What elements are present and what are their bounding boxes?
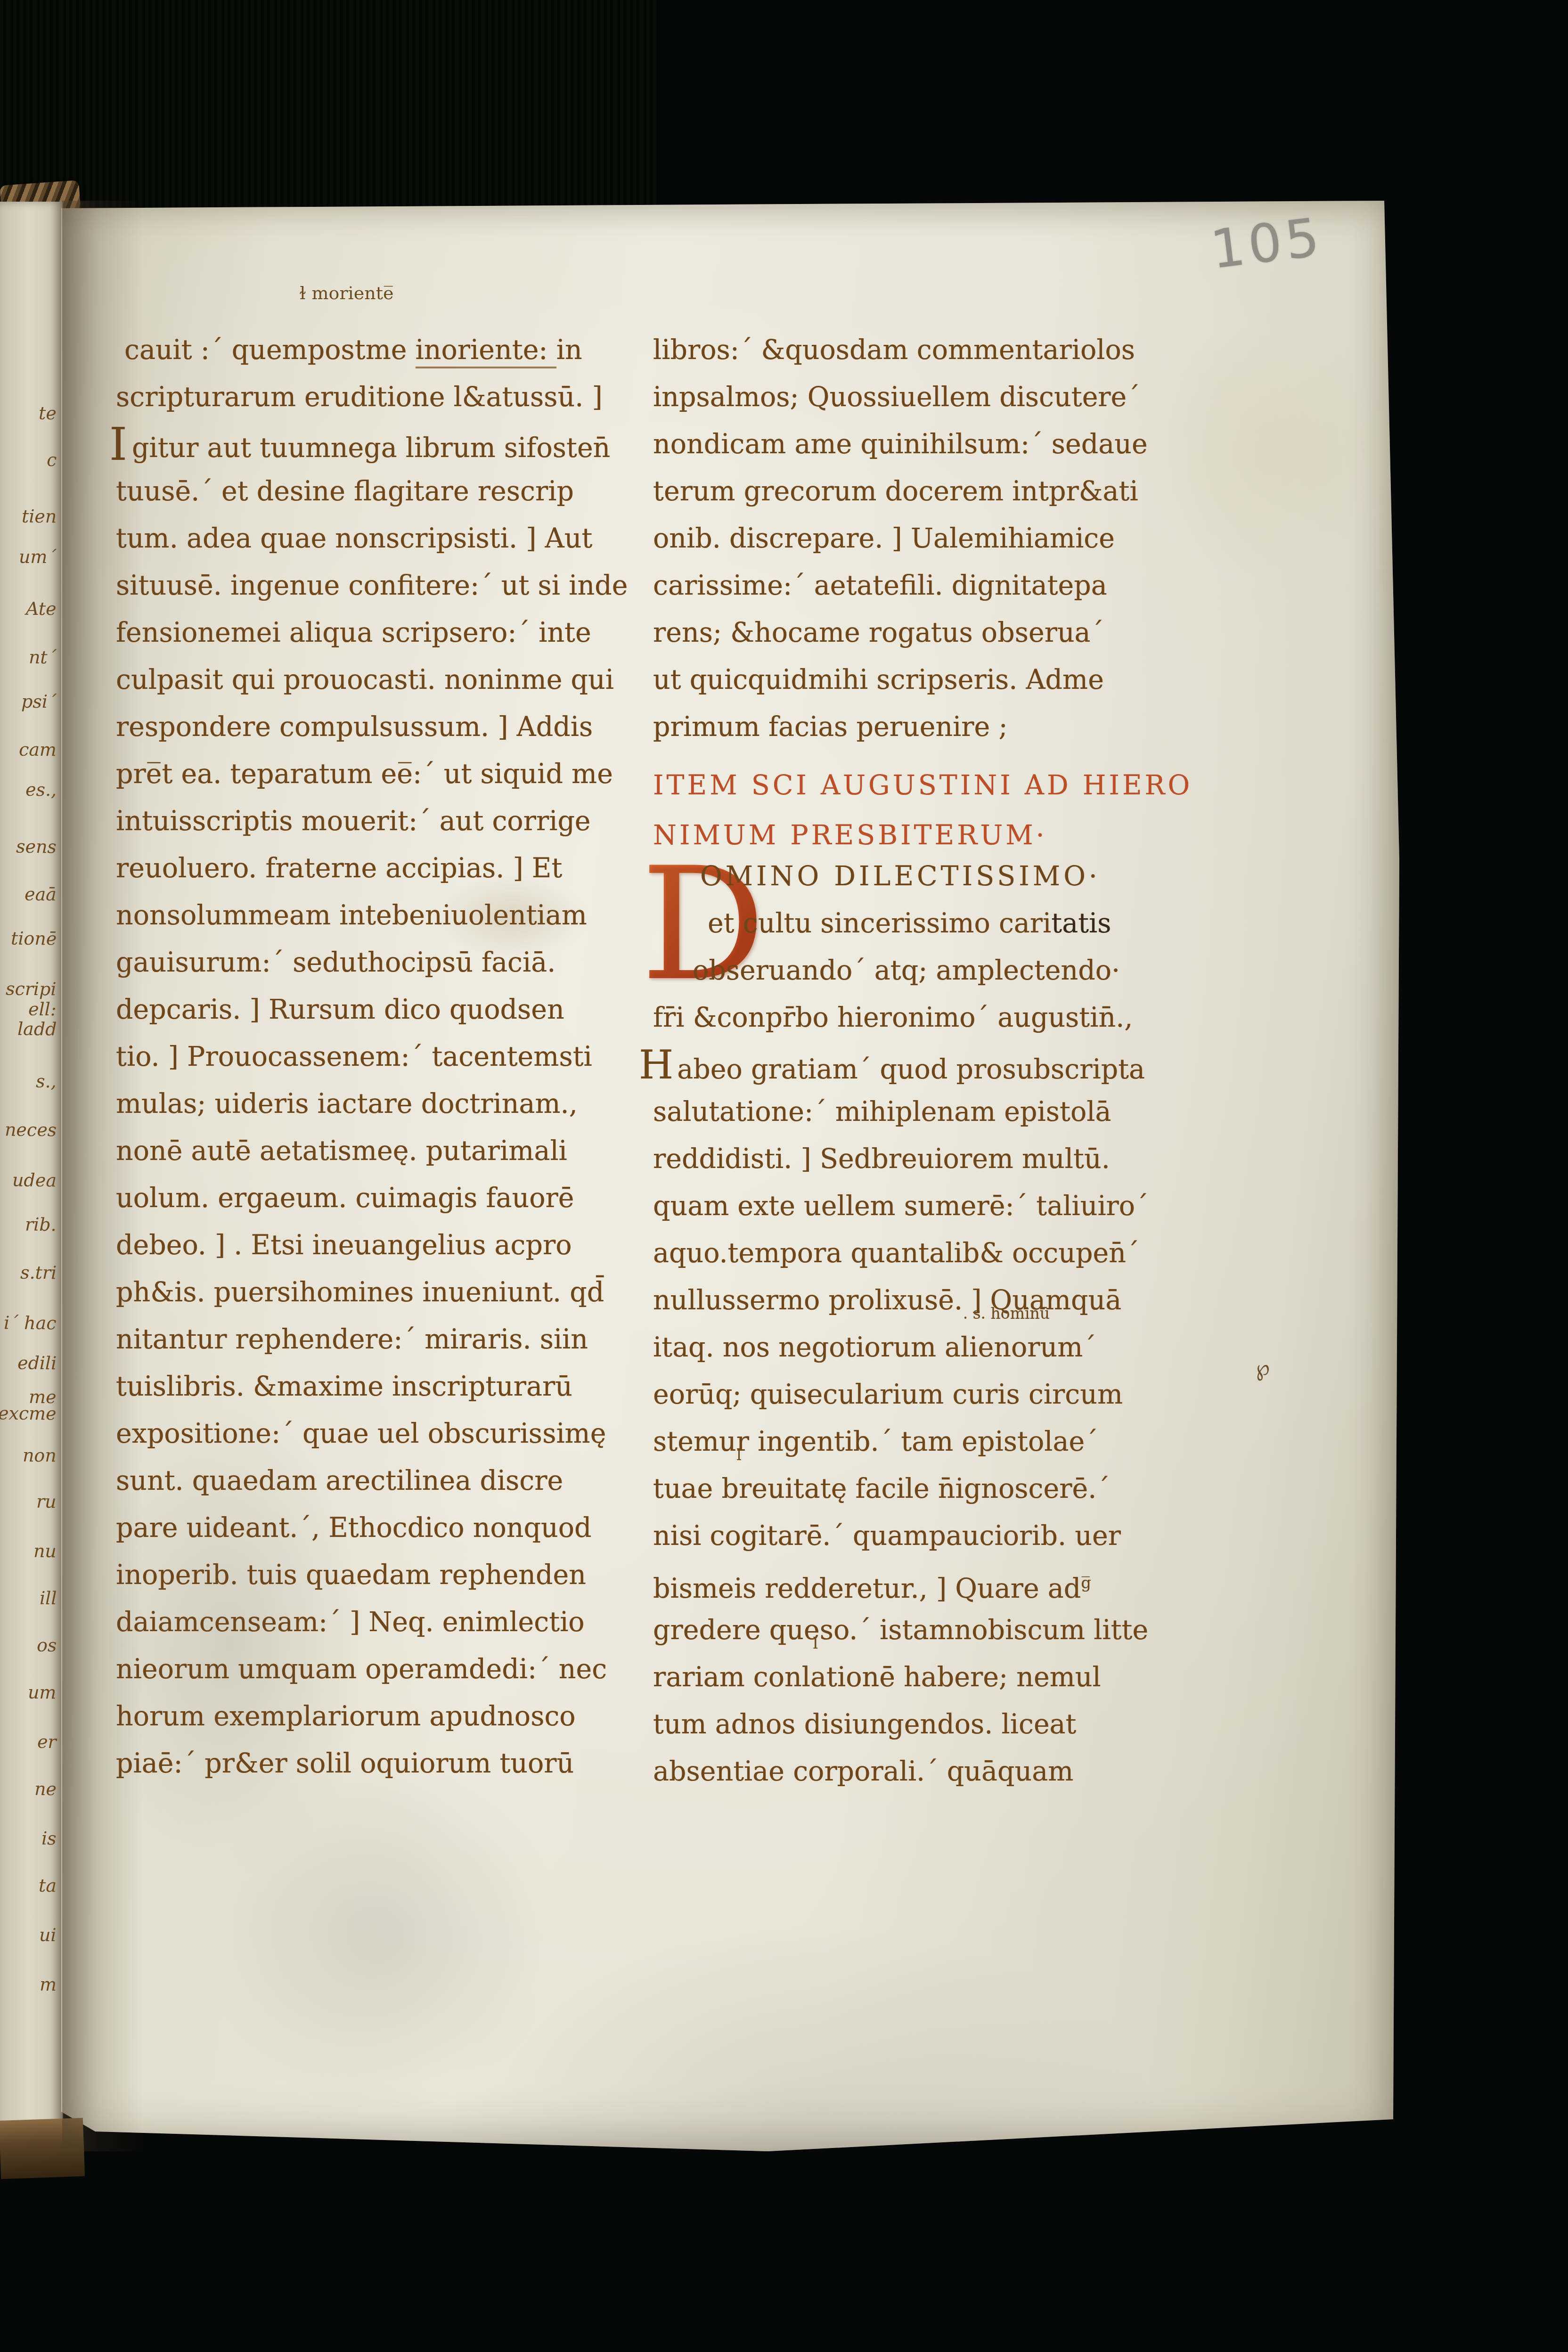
text-segment: pre̅t ea. teparatum ee̅:´ ut siquid me (116, 759, 613, 790)
fore-edge-fragment: excme (0, 1403, 57, 1424)
parchment-page: 105 ɫ moriente̅ cauit :´ quempostme inor… (61, 201, 1399, 2154)
text-line: reddidisti. ] Sedbreuiorem multū. (653, 1135, 1261, 1183)
fore-edge-fragment: sens (16, 836, 57, 857)
text-line: daiamcenseam:´ ] Neq. enimlectio (116, 1599, 648, 1646)
fore-edge-fragment: um´ (19, 547, 57, 568)
text-line: nitantur rephendere:´ miraris. siin (116, 1316, 648, 1363)
text-line: bismeis redderetur., ] Quare adg̅ (653, 1560, 1261, 1607)
text-line: rens; &hocame rogatus obserua´ (653, 609, 1261, 656)
text-segment: eorūq; quisecularium curis circum (653, 1379, 1123, 1410)
text-segment: depcaris. ] Rursum dico quodsen (116, 994, 564, 1025)
fore-edge-fragment: ladd (17, 1019, 57, 1040)
text-line: OMINO DILECTISSIMO· (653, 853, 1261, 900)
stain (448, 1925, 1154, 2283)
text-segment: rariam con (653, 1662, 802, 1693)
text-segment: absentiae corporali.´ quāquam (653, 1756, 1073, 1787)
fore-edge-fragment: ne (34, 1779, 57, 1799)
text-segment: culpasit qui prouocasti. noninme qui (116, 664, 614, 695)
text-segment: abeo gratiam´ quod prosubscripta (677, 1054, 1145, 1085)
text-segment: rens; &hocame rogatus obserua´ (653, 617, 1104, 648)
text-segment: carissime:´ aetatefili. dignitatepa (653, 570, 1107, 601)
text-line: ut quicquidmihi scripseris. Adme (653, 656, 1261, 703)
interlinear-gloss: ɫ moriente̅ (299, 283, 393, 303)
text-line: cauit :´ quempostme inoriente: in (116, 327, 648, 374)
text-column-left: cauit :´ quempostme inoriente: inscriptu… (116, 327, 648, 1787)
text-line: absentiae corporali.´ quāquam (653, 1748, 1261, 1795)
text-line: libros:´ &quosdam commentariolos (653, 327, 1261, 374)
text-line: debeo. ] . Etsi ineuangelius acpro (116, 1222, 648, 1269)
fore-edge-fragment: nt´ (29, 647, 57, 668)
text-segment: horum exemplariorum apudnosco (116, 1701, 576, 1732)
text-segment: H (639, 1041, 673, 1088)
text-line: primum facias peruenire ; (653, 703, 1261, 751)
text-line: tum. adea quae nonscripsisti. ] Aut (116, 515, 648, 562)
text-line: carissime:´ aetatefili. dignitatepa (653, 562, 1261, 609)
text-segment: scripturarum eruditione l&atussū. ] (116, 382, 603, 413)
text-line: obseruando´ atq; amplectendo· (653, 947, 1261, 994)
fore-edge-fragment: i´ hac (4, 1313, 57, 1334)
text-line: nondicam ame quinihilsum:´ sedaue (653, 421, 1261, 468)
text-line: respondere compulsussum. ] Addis (116, 703, 648, 751)
text-segment: expositione:´ quae uel obscurissimę (116, 1418, 606, 1449)
fore-edge-fragment: ui (39, 1925, 57, 1945)
text-segment: respondere compulsussum. ] Addis (116, 711, 593, 743)
text-line: sunt. quaedam arectilinea discre (116, 1457, 648, 1504)
text-line: uolum. ergaeum. cuimagis fauorē (116, 1175, 648, 1222)
fore-edge-fragment: s., (36, 1071, 57, 1092)
text-segment: terum grecorum docerem intpr&ati (653, 476, 1138, 507)
text-line: Habeo gratiam´ quod prosubscripta (653, 1041, 1261, 1088)
fore-edge-fragment: te (39, 403, 57, 424)
fore-edge-fragment: er (37, 1731, 57, 1752)
stain (203, 1756, 561, 2114)
text-segment: ut quicquidmihi scripseris. Adme (653, 664, 1104, 695)
text-segment: nitantur rephendere:´ miraris. siin (116, 1324, 588, 1355)
text-segment: inpsalmos; Quossiuellem discutere´ (653, 382, 1140, 413)
text-segment: reddidisti. ] Sedbreuiorem multū. (653, 1143, 1110, 1175)
text-segment: g̅ (1081, 1574, 1091, 1592)
text-segment: mulas; uideris iactare doctrinam., (116, 1088, 578, 1119)
fore-edge-fragment: tien (21, 506, 57, 527)
text-line: terum grecorum docerem intpr&ati (653, 468, 1261, 515)
fore-edge-strip: tectienum´Atent´psi´cames.,senseaātionēs… (0, 202, 63, 2139)
text-line: piaē:´ pr&er solil oquiorum tuorū (116, 1740, 648, 1787)
interlinear-note: l (813, 1635, 818, 1651)
text-line: culpasit qui prouocasti. noninme qui (116, 656, 648, 703)
text-segment: gauisurum:´ seduthocipsū faciā. (116, 947, 555, 978)
text-segment: daiamcenseam:´ ] Neq. enimlectio (116, 1607, 585, 1638)
text-line: tuislibris. &maxime inscripturarū (116, 1363, 648, 1410)
text-segment: quam exte uellem sumerē:´ taliuiro´ (653, 1191, 1149, 1222)
text-segment: tum adnos disiungendos. liceat (653, 1709, 1077, 1740)
text-segment: situusē. ingenue confitere:´ ut si inde (116, 570, 628, 601)
text-segment: ph&is. puersihomines inueniunt. qd̄ (116, 1277, 604, 1308)
text-segment: inoriente: (416, 335, 556, 368)
text-line: nisi cogitarē.´ quampauciorib. uer (653, 1512, 1261, 1560)
text-line: stemur ingentib.´ tam epistolae´ (653, 1418, 1261, 1465)
text-line: pre̅t ea. teparatum ee̅:´ ut siquid me (116, 751, 648, 798)
text-segment: fensionemei aliqua scripsero:´ inte (116, 617, 591, 648)
text-line: nullussermo prolixusē. ] Quamquā (653, 1277, 1261, 1324)
gutter-shadow (62, 201, 142, 2151)
text-segment: breuitatęl (721, 1473, 847, 1504)
text-segment: tum. adea quae nonscripsisti. ] Aut (116, 523, 592, 554)
fore-edge-fragment: cam (19, 739, 57, 760)
text-segment: nullussermo prolixusē. ] Quamquā (653, 1285, 1121, 1316)
fore-edge-fragment: psi´ (21, 691, 57, 712)
text-line: rariam conlationēl habere; nemul (653, 1654, 1261, 1701)
text-segment: tatis (1051, 908, 1111, 939)
text-line: tio. ] Prouocassenem:´ tacentemsti (116, 1033, 648, 1080)
text-segment: aquo.tempora quantalib& occupen̄´ (653, 1238, 1139, 1269)
text-segment: alienorum´. s. hominū (945, 1332, 1096, 1363)
fore-edge-fragment: os (36, 1635, 57, 1656)
text-segment: tuusē.´ et desine flagitare rescrip (116, 476, 574, 507)
text-segment: reuoluero. fraterne accipias. ] Et (116, 853, 562, 884)
fore-edge-fragment: ill (39, 1588, 57, 1609)
fore-edge-fragment: nu (33, 1541, 57, 1561)
fore-edge-fragment: udea (12, 1170, 57, 1191)
text-segment: nieorum umquam operamdedi:´ nec (116, 1654, 607, 1685)
text-line: intuisscriptis mouerit:´ aut corrige (116, 798, 648, 845)
fore-edge-fragment: scripi (6, 979, 57, 1000)
fore-edge-fragment: is (41, 1828, 57, 1849)
text-segment: fr̄i &conpr̄bo hieronimo´ augustin̄., (653, 1002, 1133, 1033)
text-segment: habere; nemul (895, 1662, 1101, 1693)
text-line: nonsolummeam intebeniuolentiam (116, 892, 648, 939)
text-line: ph&is. puersihomines inueniunt. qd̄ (116, 1269, 648, 1316)
text-segment: nondicam ame quinihilsum:´ sedaue (653, 429, 1148, 460)
interlinear-note: l (736, 1447, 742, 1462)
fore-edge-fragment: c (47, 449, 57, 470)
text-line: tuusē.´ et desine flagitare rescrip (116, 468, 648, 515)
text-line: aquo.tempora quantalib& occupen̄´ (653, 1230, 1261, 1277)
text-line: situusē. ingenue confitere:´ ut si inde (116, 562, 648, 609)
text-segment: bismeis redderetur., ] Quare ad (653, 1573, 1081, 1604)
text-line: salutatione:´ mihiplenam epistolā (653, 1088, 1261, 1135)
text-segment: inoperib. tuis quaedam rephenden (116, 1560, 586, 1591)
text-segment: OMINO DILECTISSIMO· (700, 861, 1101, 892)
text-line: nonē autē aetatismeę. putarimali (116, 1127, 648, 1175)
text-line: tum adnos disiungendos. liceat (653, 1701, 1261, 1748)
text-segment: salutatione:´ mihiplenam epistolā (653, 1096, 1111, 1127)
text-line: horum exemplariorum apudnosco (116, 1693, 648, 1740)
text-segment: lationēl (802, 1662, 895, 1693)
folio-number: 105 (1208, 206, 1326, 281)
text-line: tuae breuitatęl facile n̄ignoscerē.´ (653, 1465, 1261, 1512)
fore-edge-fragment: eaā (24, 884, 57, 905)
text-line: expositione:´ quae uel obscurissimę (116, 1410, 648, 1457)
interlinear-note: . s. hominū (963, 1306, 1050, 1321)
text-segment: tuislibris. &maxime inscripturarū (116, 1371, 572, 1402)
text-segment: gredere queso.´ istamnobiscum litte (653, 1615, 1148, 1646)
text-segment: tuae (653, 1473, 721, 1504)
text-line: onib. discrepare. ] Ualemihiamice (653, 515, 1261, 562)
fore-edge-fragment: ru (36, 1491, 57, 1512)
text-line: inpsalmos; Quossiuellem discutere´ (653, 374, 1261, 421)
text-segment: libros:´ &quosdam commentariolos (653, 335, 1135, 366)
text-line: fensionemei aliqua scripsero:´ inte (116, 609, 648, 656)
text-segment: pare uideant.´, Ethocdico nonquod (116, 1512, 591, 1543)
text-line: depcaris. ] Rursum dico quodsen (116, 986, 648, 1033)
text-segment: itaq. nos negotiorum (653, 1332, 945, 1363)
text-line: inoperib. tuis quaedam rephenden (116, 1552, 648, 1599)
text-line: quam exte uellem sumerē:´ taliuiro´ (653, 1183, 1261, 1230)
black-cloth-background (0, 0, 660, 217)
text-segment: piaē:´ pr&er solil oquiorum tuorū (116, 1748, 574, 1779)
text-segment: tio. ] Prouocassenem:´ tacentemsti (116, 1041, 592, 1072)
fore-edge-fragment: rib. (25, 1214, 57, 1235)
text-segment: in (556, 335, 582, 366)
text-segment: debeo. ] . Etsi ineuangelius acpro (116, 1230, 572, 1261)
text-segment: primum facias peruenire ; (653, 711, 1008, 743)
text-line: scripturarum eruditione l&atussū. ] (116, 374, 648, 421)
text-segment: sunt. quaedam arectilinea discre (116, 1465, 563, 1496)
text-segment: stemur ingentib.´ tam epistolae´ (653, 1426, 1098, 1457)
text-line: reuoluero. fraterne accipias. ] Et (116, 845, 648, 892)
fore-edge-fragment: ta (39, 1875, 57, 1896)
text-line: gredere queso.´ istamnobiscum litte (653, 1607, 1261, 1654)
fore-edge-fragment: edili (17, 1353, 57, 1374)
fore-edge-fragment: Ate (26, 598, 57, 620)
text-line: fr̄i &conpr̄bo hieronimo´ augustin̄., (653, 994, 1261, 1041)
manuscript-photo: tectienum´Atent´psi´cames.,senseaātionēs… (0, 0, 1568, 2352)
fore-edge-fragment: neces (5, 1119, 57, 1141)
text-column-right-new-letter: OMINO DILECTISSIMO·et cultu sincerissimo… (653, 853, 1261, 1795)
text-line: nieorum umquam operamdedi:´ nec (116, 1646, 648, 1693)
fore-edge-fragment: s.tri (20, 1262, 57, 1283)
text-line: pare uideant.´, Ethocdico nonquod (116, 1504, 648, 1552)
fore-edge-fragment: tionē (11, 928, 57, 949)
text-column-right-letter-end: libros:´ &quosdam commentariolosinpsalmo… (653, 327, 1261, 751)
text-line: Igitur aut tuumnega librum sifosten̄ (116, 421, 648, 468)
text-line: gauisurum:´ seduthocipsū faciā. (116, 939, 648, 986)
fore-edge-fragment: ell: (28, 999, 57, 1020)
text-line: itaq. nos negotiorum alienorum´. s. homi… (653, 1324, 1261, 1371)
text-segment: uolum. ergaeum. cuimagis fauorē (116, 1183, 574, 1214)
text-segment: nonsolummeam intebeniuolentiam (116, 900, 587, 931)
text-segment: nonē autē aetatismeę. putarimali (116, 1135, 567, 1167)
text-line: eorūq; quisecularium curis circum (653, 1371, 1261, 1418)
text-segment: et cultu sincerissimo cari (708, 908, 1051, 939)
text-segment: facile n̄ignoscerē.´ (847, 1473, 1110, 1504)
fore-edge-fragment: es., (25, 779, 57, 800)
text-segment: cauit :´ quempostme (124, 335, 416, 366)
text-segment: onib. discrepare. ] Ualemihiamice (653, 523, 1115, 554)
text-line: et cultu sincerissimo caritatis (653, 900, 1261, 947)
fore-edge-fragment: m (40, 1974, 57, 1995)
text-line: mulas; uideris iactare doctrinam., (116, 1080, 648, 1127)
text-segment: obseruando´ atq; amplectendo· (693, 955, 1120, 986)
fore-edge-fragment: non (23, 1445, 57, 1466)
rubric-line: ITEM SCI AUGUSTINI AD HIERO (653, 760, 1192, 810)
text-segment: intuisscriptis mouerit:´ aut corrige (116, 806, 591, 837)
text-segment: nisi cogitarē.´ quampauciorib. uer (653, 1520, 1121, 1552)
text-segment: gitur aut tuumnega librum sifosten̄ (132, 433, 610, 464)
fore-edge-fragment: um (28, 1682, 57, 1703)
